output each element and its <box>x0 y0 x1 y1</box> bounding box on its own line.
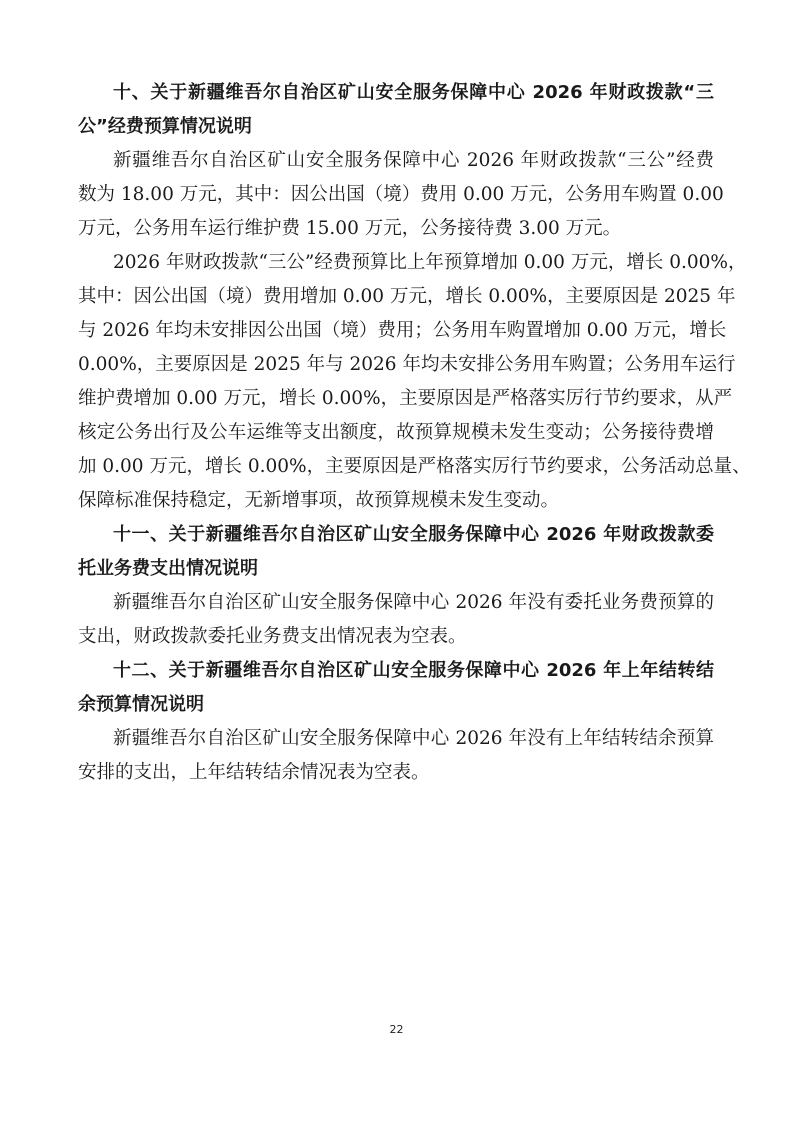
heading-line: 公”经费预算情况说明 <box>78 114 714 140</box>
document-page: 十、关于新疆维吾尔自治区矿山安全服务保障中心 2026 年财政拨款“三公”经费预… <box>0 0 793 1122</box>
paragraph-line: 新疆维吾尔自治区矿山安全服务保障中心 2026 年财政拨款“三公”经费 <box>113 148 714 174</box>
paragraph-line: 0.00%，主要原因是 2025 年与 2026 年均未安排公务用车购置；公务用… <box>78 352 714 378</box>
heading-line: 托业务费支出情况说明 <box>78 556 714 582</box>
paragraph-line: 其中：因公出国（境）费用增加 0.00 万元，增长 0.00%，主要原因是 20… <box>78 284 714 310</box>
paragraph-line: 保障标准保持稳定，无新增事项，故预算规模未发生变动。 <box>78 488 714 514</box>
heading-line: 十、关于新疆维吾尔自治区矿山安全服务保障中心 2026 年财政拨款“三 <box>113 80 714 106</box>
heading-line: 十二、关于新疆维吾尔自治区矿山安全服务保障中心 2026 年上年结转结 <box>113 658 714 684</box>
paragraph-line: 新疆维吾尔自治区矿山安全服务保障中心 2026 年没有上年结转结余预算 <box>113 726 714 752</box>
paragraph-line: 2026 年财政拨款“三公”经费预算比上年预算增加 0.00 万元，增长 0.0… <box>113 250 714 276</box>
page-number: 22 <box>0 1023 793 1036</box>
paragraph-line: 支出，财政拨款委托业务费支出情况表为空表。 <box>78 624 714 650</box>
paragraph-line: 安排的支出，上年结转结余情况表为空表。 <box>78 760 714 786</box>
paragraph-line: 加 0.00 万元，增长 0.00%，主要原因是严格落实厉行节约要求，公务活动总… <box>78 454 714 480</box>
paragraph-line: 万元，公务用车运行维护费 15.00 万元，公务接待费 3.00 万元。 <box>78 216 714 242</box>
paragraph-line: 核定公务出行及公车运维等支出额度，故预算规模未发生变动；公务接待费增 <box>78 420 714 446</box>
paragraph-line: 新疆维吾尔自治区矿山安全服务保障中心 2026 年没有委托业务费预算的 <box>113 590 714 616</box>
heading-line: 余预算情况说明 <box>78 692 714 718</box>
paragraph-line: 维护费增加 0.00 万元，增长 0.00%，主要原因是严格落实厉行节约要求，从… <box>78 386 714 412</box>
paragraph-line: 数为 18.00 万元，其中：因公出国（境）费用 0.00 万元，公务用车购置 … <box>78 182 714 208</box>
heading-line: 十一、关于新疆维吾尔自治区矿山安全服务保障中心 2026 年财政拨款委 <box>113 522 714 548</box>
paragraph-line: 与 2026 年均未安排因公出国（境）费用；公务用车购置增加 0.00 万元，增… <box>78 318 714 344</box>
